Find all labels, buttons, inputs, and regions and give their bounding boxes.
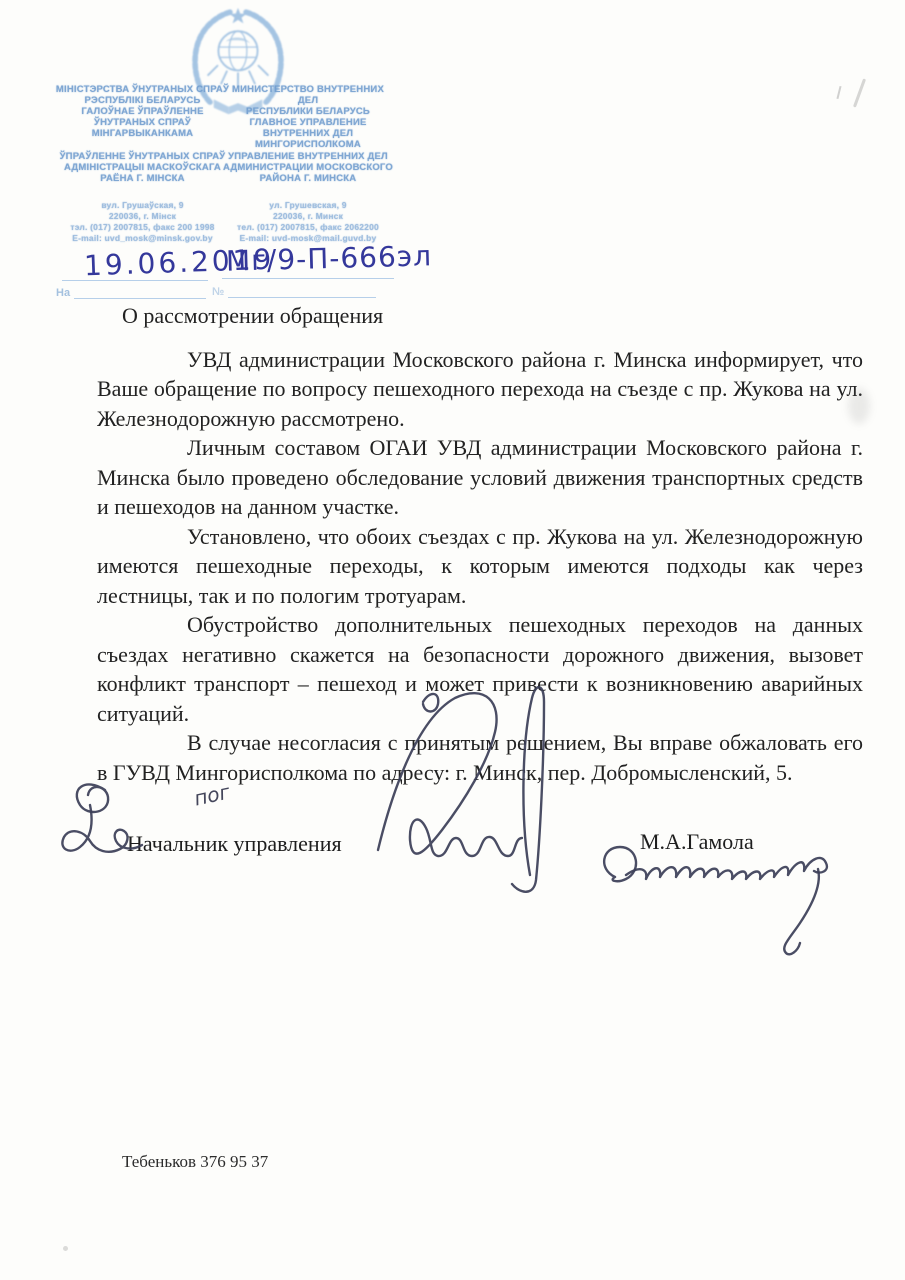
number-underline: [222, 278, 394, 279]
date-underline: [62, 280, 208, 281]
letterhead-ministry-by: МІНІСТЭРСТВА ЎНУТРАНЫХ СПРАЎ РЭСПУБЛІКІ …: [35, 84, 250, 139]
scan-artifact: [836, 86, 841, 99]
letterhead-department-by: ЎПРАЎЛЕННЕ ЎНУТРАНЫХ СПРАЎ АДМІНІСТРАЦЫІ…: [35, 151, 250, 184]
scan-artifact: [848, 388, 870, 424]
paragraph-2: Личным составом ОГАИ УВД администрации М…: [97, 433, 863, 522]
num-sign-label: №: [212, 286, 224, 298]
executor-contact: Тебеньков 376 95 37: [122, 1152, 268, 1172]
subject-line: О рассмотрении обращения: [122, 301, 863, 331]
signature-mark-center: [360, 680, 580, 910]
margin-scribble: [50, 775, 160, 870]
handwritten-outgoing-number: Мг/9-П-666эл: [226, 239, 433, 277]
scan-artifact: [63, 1246, 68, 1251]
paragraph-3: Установлено, что обоих съездах с пр. Жук…: [97, 522, 863, 611]
paragraph-1: УВД администрации Московского района г. …: [97, 345, 863, 434]
letterhead-department-ru: УПРАВЛЕНИЕ ВНУТРЕННИХ ДЕЛ АДМИНИСТРАЦИИ …: [222, 151, 394, 184]
signature-mark-gamola: [590, 835, 855, 960]
letterhead-address-ru: ул. Грушевская, 9 220036, г. Минск тел. …: [222, 200, 394, 244]
incoming-date-line: [228, 297, 376, 298]
incoming-number-line: [74, 298, 206, 299]
scanned-letter-page: МІНІСТЭРСТВА ЎНУТРАНЫХ СПРАЎ РЭСПУБЛІКІ …: [0, 0, 905, 1280]
na-label: На: [56, 287, 70, 299]
scan-artifact: [853, 78, 866, 107]
letterhead-address-by: вул. Грушаўская, 9 220036, г. Мінск тэл.…: [35, 200, 250, 244]
letterhead-ministry-ru: МИНИСТЕРСТВО ВНУТРЕННИХ ДЕЛ РЕСПУБЛИКИ Б…: [222, 84, 394, 150]
